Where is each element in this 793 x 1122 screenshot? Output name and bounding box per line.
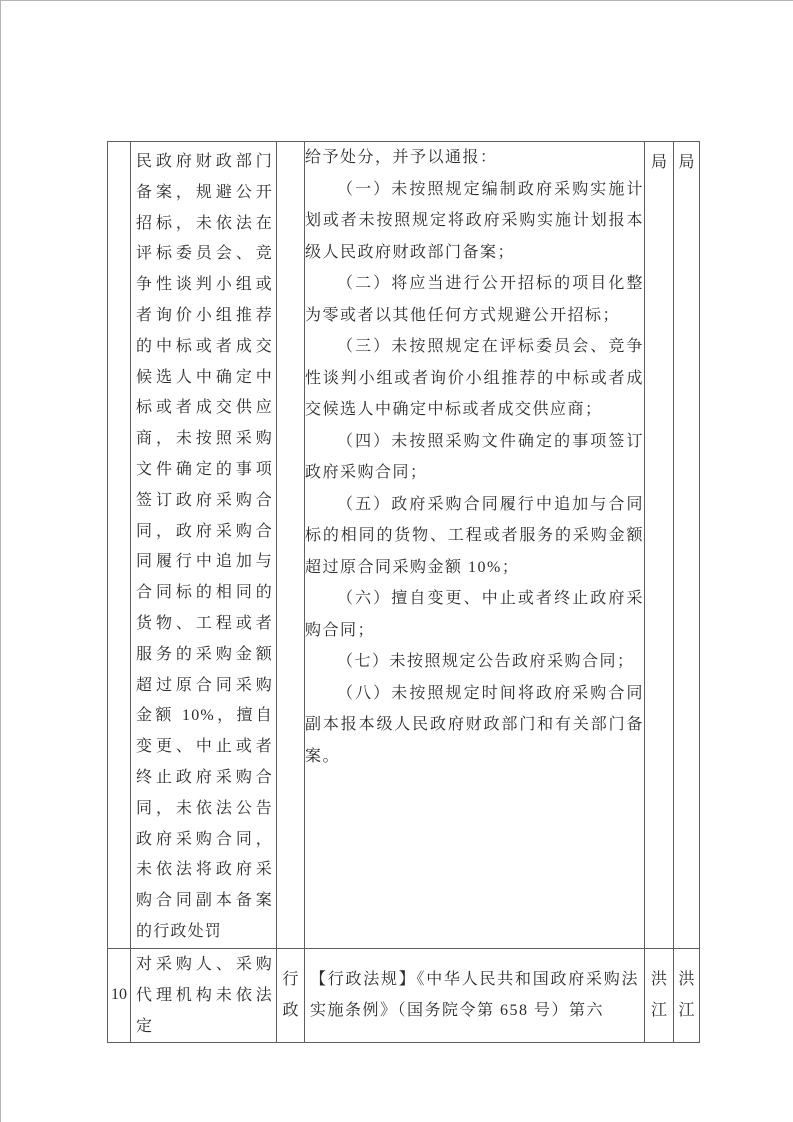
cell-legal-basis: 【行政法规】《中华人民共和国政府采购法实施条例》（国务院令第 658 号）第六: [305, 948, 645, 1042]
cell-penalty-type: 行政: [277, 948, 305, 1042]
document-page: { "colors": { "table_border": "#5f5f5f",…: [0, 0, 793, 1122]
table-row-continuation: 民政府财政部门备案，规避公开招标，未依法在评标委员会、竞争性谈判小组或者询价小组…: [108, 142, 700, 949]
legal-basis-text: 【行政法规】《中华人民共和国政府采购法实施条例》（国务院令第 658 号）第六: [305, 964, 644, 1026]
legal-basis-item: （一）未按照规定编制政府采购实施计划或者未按照规定将政府采购实施计划报本级人民政…: [305, 174, 644, 269]
legal-basis-item: （八）未按照规定时间将政府采购合同副本报本级人民政府财政部门和有关部门备案。: [305, 678, 644, 773]
legal-basis-intro: 给予处分，并予以通报：: [305, 142, 644, 174]
cell-implementing-org: 局: [645, 142, 674, 949]
legal-basis-item: （四）未按照采购文件确定的事项签订政府采购合同；: [305, 426, 644, 489]
cell-penalty-description: 对采购人、采购代理机构未依法定: [131, 948, 277, 1042]
legal-basis-items: （一）未按照规定编制政府采购实施计划或者未按照规定将政府采购实施计划报本级人民政…: [305, 174, 644, 773]
cell-penalty-description: 民政府财政部门备案，规避公开招标，未依法在评标委员会、竞争性谈判小组或者询价小组…: [131, 142, 277, 949]
legal-basis-item: （三）未按照规定在评标委员会、竞争性谈判小组或者询价小组推荐的中标或者成交候选人…: [305, 331, 644, 426]
cell-supervising-org: 局: [674, 142, 700, 949]
supervising-org-text: 局: [674, 142, 699, 178]
cell-legal-basis: 给予处分，并予以通报： （一）未按照规定编制政府采购实施计划或者未按照规定将政府…: [305, 142, 645, 949]
legal-basis-item: （六）擅自变更、中止或者终止政府采购合同；: [305, 583, 644, 646]
cell-row-number: 10: [108, 948, 131, 1042]
legal-basis-item: （二）将应当进行公开招标的项目化整为零或者以其他任何方式规避公开招标；: [305, 268, 644, 331]
legal-basis-item: （七）未按照规定公告政府采购合同；: [305, 646, 644, 678]
cell-penalty-type-empty: [277, 142, 305, 949]
cell-implementing-org: 洪江: [645, 948, 674, 1042]
table-row-10: 10 对采购人、采购代理机构未依法定 行政 【行政法规】《中华人民共和国政府采购…: [108, 948, 700, 1042]
implementing-org-text: 局: [645, 142, 673, 178]
legal-basis-item: （五）政府采购合同履行中追加与合同标的相同的货物、工程或者服务的采购金额超过原合…: [305, 489, 644, 584]
penalty-description-text: 对采购人、采购代理机构未依法定: [131, 949, 276, 1042]
cell-supervising-org: 洪江: [674, 948, 700, 1042]
implementing-org-text: 洪江: [645, 964, 673, 1026]
penalty-description-text: 民政府财政部门备案，规避公开招标，未依法在评标委员会、竞争性谈判小组或者询价小组…: [131, 142, 276, 948]
penalty-items-table: 民政府财政部门备案，规避公开招标，未依法在评标委员会、竞争性谈判小组或者询价小组…: [107, 141, 700, 1043]
supervising-org-text: 洪江: [674, 964, 699, 1026]
cell-row-number-empty: [108, 142, 131, 949]
penalty-type-text: 行政: [277, 964, 304, 1026]
